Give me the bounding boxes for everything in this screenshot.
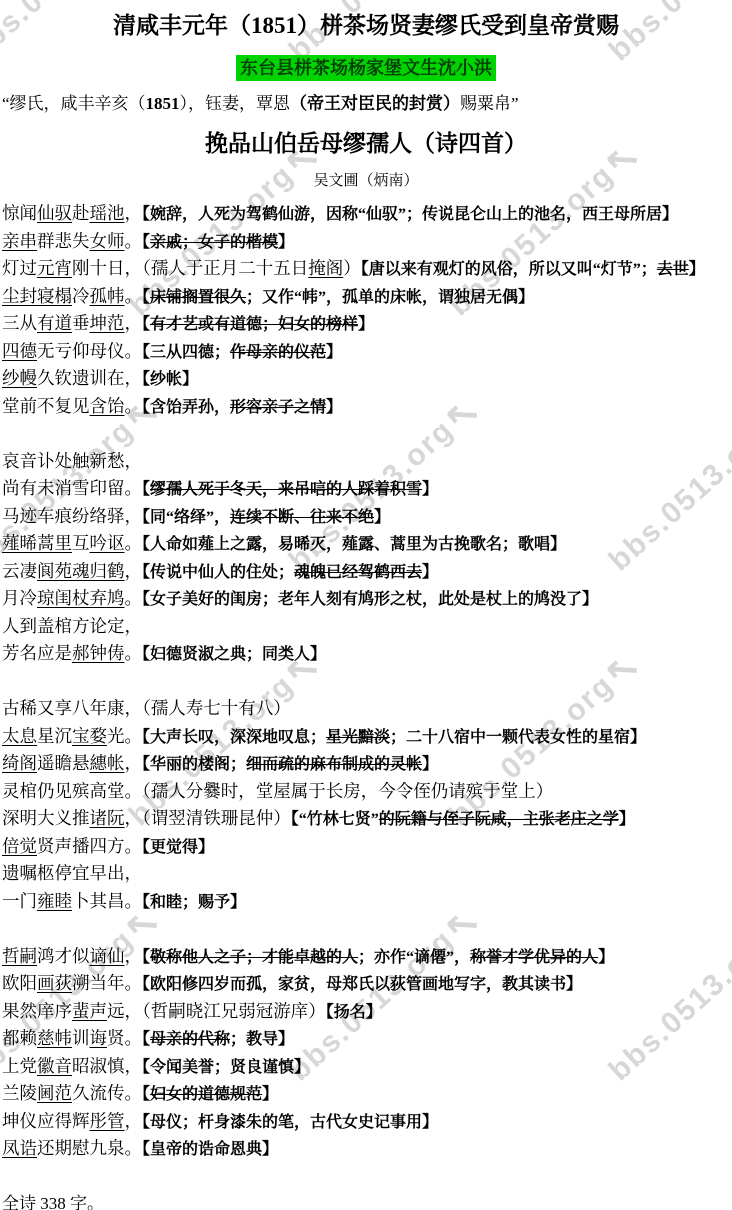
text-segment: 绮阁	[2, 753, 37, 773]
text-segment: 三从	[2, 313, 37, 333]
poem-line: 三从有道垂坤范，【有才艺或有道德；妇女的榜样】	[2, 310, 732, 338]
text-segment: 雍睦	[37, 891, 72, 911]
text-segment: 去世	[657, 261, 689, 278]
text-segment: 。	[125, 286, 143, 306]
poem-line: 绮阁遥瞻悬繐帐，【华丽的楼阁；细而疏的麻布制成的灵帐】	[2, 750, 732, 778]
text-segment: 上党	[2, 1056, 37, 1076]
text-segment: 阆苑魂归鹤	[37, 561, 125, 581]
poem-line: 亲串群悲失女师。【亲戚；女子的楷模】	[2, 228, 732, 256]
text-segment: 群悲失	[37, 231, 90, 251]
text-segment: 【	[142, 949, 150, 966]
poem-line: 坤仪应得辉彤管，【母仪；杆身漆朱的笔，古代女史记事用】	[2, 1108, 732, 1136]
text-segment: 【	[142, 316, 150, 333]
text-segment: 含饴	[90, 396, 125, 416]
text-segment: 一门	[2, 891, 37, 911]
text-segment: 仙驭	[37, 203, 72, 223]
text-segment: 冷	[72, 286, 90, 306]
text-segment: 果然庠序	[2, 1001, 72, 1021]
poem-title: 挽品山伯岳母缪孺人（诗四首）	[0, 129, 732, 159]
text-segment: 【人命如薤上之露，易晞灭，薤露、蒿里为古挽歌名；歌唱】	[142, 536, 566, 553]
author-line: 吴文圃（炳南）	[0, 172, 732, 190]
text-segment: 【令闻美誉；贤良谨慎】	[142, 1059, 310, 1076]
poem-line: 一门雍睦卜其昌。【和睦；赐予】	[2, 888, 732, 916]
text-segment: 久流传。	[72, 1083, 142, 1103]
text-segment: 四德	[2, 341, 37, 361]
text-segment: 尚有未消雪印留。	[2, 478, 142, 498]
text-segment: 垂	[72, 313, 90, 333]
text-segment: 阃范	[37, 1083, 72, 1103]
poem-line: 灯过元宵刚十日，（孺人于正月二十五日掩阁）【唐以来有观灯的风俗，所以又叫“灯节”…	[2, 255, 732, 283]
text-segment: ，	[125, 203, 143, 223]
text-segment: 蜚声	[72, 1001, 107, 1021]
quote-line: “缪氏，咸丰辛亥（1851），钰妻，覃恩（帝王对臣民的封赏）赐粟帛”	[2, 93, 732, 115]
text-segment: 【母仪；杆身漆朱的笔，古代女史记事用】	[142, 1114, 438, 1131]
text-segment: ）	[343, 258, 361, 278]
text-segment: 孤帏	[90, 286, 125, 306]
text-segment: 光。	[107, 726, 142, 746]
text-segment: ），钰妻，覃恩	[180, 94, 291, 113]
text-segment: 】	[689, 261, 705, 278]
byline-row: 东台县栟茶场杨家堡文生沈小洪	[0, 55, 732, 81]
byline-highlight: 东台县栟茶场杨家堡文生沈小洪	[236, 55, 496, 81]
text-segment: 】	[422, 481, 438, 498]
text-segment: 【女子美好的闺房；老年人刻有鸠形之杖，此处是杖上的鸠没了】	[142, 591, 598, 608]
poem-line: 月冷琼闺杖弃鸠。【女子美好的闺房；老年人刻有鸠形之杖，此处是杖上的鸠没了】	[2, 585, 732, 613]
text-segment: （帝王对臣民的封赏）	[290, 94, 460, 113]
text-segment: 兰陵	[2, 1083, 37, 1103]
text-segment: 亲串	[2, 231, 37, 251]
text-segment: 慈帏	[37, 1028, 72, 1048]
text-segment: 妇女的道德规范	[150, 1086, 262, 1103]
text-segment: 【大声长叹，深深地叹息；	[142, 729, 326, 746]
poem-line: 灵棺仍见殡高堂。（孺人分爨时，堂屋属于长房，今令侄仍请殡于堂上）	[2, 778, 732, 806]
text-segment: 人到盖棺方论定，	[2, 616, 142, 636]
text-segment: 【和睦；赐予】	[142, 894, 246, 911]
text-segment: 】	[374, 509, 390, 526]
text-segment: 鸿才似	[37, 946, 90, 966]
text-segment: 谪仙	[90, 946, 125, 966]
text-segment: 哀音讣处触新愁，	[2, 451, 142, 471]
text-segment: 卜其昌。	[72, 891, 142, 911]
text-segment: ，	[125, 946, 143, 966]
text-segment: ，（谓翌清铁珊昆仲）	[125, 808, 291, 828]
text-segment: 诸阮	[90, 808, 125, 828]
text-segment: 【同“络绎”，	[142, 509, 230, 526]
text-segment: 母亲的代称	[150, 1031, 230, 1048]
text-segment: 太息	[2, 726, 37, 746]
text-segment: 古稀又享八年康，（孺人寿七十有八）	[2, 698, 291, 718]
text-segment: 女师	[90, 231, 125, 251]
poem-line: 古稀又享八年康，（孺人寿七十有八）	[2, 695, 732, 723]
text-segment: 【唐以来有观灯的风俗，所以又叫“灯节”；	[361, 261, 657, 278]
poem-line: 云凄阆苑魂归鹤，【传说中仙人的住处；魂魄已经驾鹤西去】	[2, 558, 732, 586]
poem-line: 尚有未消雪印留。【缪孺人死于冬天，来吊唁的人踩着积雪】	[2, 475, 732, 503]
text-segment: 赴	[72, 203, 90, 223]
text-segment: 细而疏的麻布制成的灵帐	[246, 756, 422, 773]
text-segment: 惊闻	[2, 203, 37, 223]
text-segment: 元宵	[37, 258, 72, 278]
text-segment: 【	[142, 234, 150, 251]
text-segment: 坤范	[90, 313, 125, 333]
text-segment: 形容亲子之情	[230, 399, 326, 416]
text-segment: ，	[125, 753, 143, 773]
text-segment: 【	[142, 481, 150, 498]
text-segment: 郝钟俦	[72, 643, 125, 663]
text-segment: ；又作“帏”，孤单的床帐，谓独居无偶】	[246, 289, 534, 306]
text-segment: 坤仪应得辉	[2, 1111, 90, 1131]
text-segment: 亲戚；女子的楷模	[150, 234, 278, 251]
text-segment: 有道	[37, 313, 72, 333]
footer-note: 全诗 338 字。	[2, 1190, 732, 1210]
text-segment: 遗嘱柩停宜早出，	[2, 863, 142, 883]
text-segment: 久钦遗训在，	[37, 368, 142, 388]
text-segment: 遥瞻悬	[37, 753, 90, 773]
text-segment: 的阮籍与侄子阮咸，主张老庄之学	[379, 811, 619, 828]
text-segment: 【婉辞，人死为驾鹤仙游，因称“仙驭”；传说昆仑山上的池名，西王母所居】	[142, 206, 678, 223]
text-segment: 赐粟帛”	[460, 94, 519, 113]
text-segment: 。	[125, 396, 143, 416]
text-segment: 【扬名】	[326, 1004, 382, 1021]
poem-line: 上党徽音昭淑慎，【令闻美誉；贤良谨慎】	[2, 1053, 732, 1081]
text-segment: 作母亲的仪范	[230, 344, 326, 361]
poem-line: 马迹车痕纷络驿，【同“络绎”，连续不断、往来不绝】	[2, 503, 732, 531]
text-segment: 欧阳	[2, 973, 37, 993]
text-segment: 【“竹林七贤”	[291, 811, 379, 828]
text-segment: 灵棺仍见殡高堂。（孺人分爨时，堂屋属于长房，今令侄仍请殡于堂上）	[2, 781, 553, 801]
text-segment: ，	[125, 313, 143, 333]
text-segment: 哲嗣	[2, 946, 37, 966]
document-page: bbs.0513.org↖bbs.0513.org↖bbs.0513.org↖b…	[0, 0, 732, 1210]
text-segment: 】	[326, 399, 342, 416]
text-segment: 【华丽的楼阁；	[142, 756, 246, 773]
text-segment: 训	[72, 1028, 90, 1048]
text-segment: 【含饴弄孙，	[142, 399, 230, 416]
poem-line: 欧阳画荻溯当年。【欧阳修四岁而孤，家贫，母郑氏以荻管画地写字，教其读书】	[2, 970, 732, 998]
poem-line: 芳名应是郝钟俦。【妇德贤淑之典；同类人】	[2, 640, 732, 668]
blank-line	[2, 668, 732, 696]
text-segment: 吟讴	[90, 533, 125, 553]
page-title: 清咸丰元年（1851）栟茶场贤妻缪氏受到皇帝赏赐	[8, 12, 724, 40]
blank-line	[2, 1163, 732, 1191]
blank-line	[2, 915, 732, 943]
document-content: 清咸丰元年（1851）栟茶场贤妻缪氏受到皇帝赏赐 东台县栟茶场杨家堡文生沈小洪 …	[0, 12, 732, 1210]
text-segment: 都赖	[2, 1028, 37, 1048]
text-segment: 】	[358, 316, 374, 333]
text-segment: 宝婺	[72, 726, 107, 746]
poem-line: 惊闻仙驭赴瑶池，【婉辞，人死为驾鹤仙游，因称“仙驭”；传说昆仑山上的池名，西王母…	[2, 200, 732, 228]
text-segment: ；二十八宿中一颗代表女性的星宿】	[390, 729, 646, 746]
poem-line: 都赖慈帏训诲贤。【母亲的代称；教导】	[2, 1025, 732, 1053]
text-segment: 远，（哲嗣晓江兄弱冠游庠）	[107, 1001, 326, 1021]
text-segment: “缪氏，咸丰辛亥（	[2, 94, 146, 113]
poem-line: 薤晞蒿里互吟讴。【人命如薤上之露，易晞灭，薤露、蒿里为古挽歌名；歌唱】	[2, 530, 732, 558]
text-segment: 彤管	[90, 1111, 125, 1131]
text-segment: 芳名应是	[2, 643, 72, 663]
text-segment: ；教导】	[230, 1031, 294, 1048]
poem-line: 纱幔久钦遗训在，【纱帐】	[2, 365, 732, 393]
text-segment: 【欧阳修四岁而孤，家贫，母郑氏以荻管画地写字，教其读书】	[142, 976, 582, 993]
text-segment: 倍觉	[2, 836, 37, 856]
text-segment: 画荻	[37, 973, 72, 993]
text-segment: 星沉	[37, 726, 72, 746]
text-segment: 瑶池	[90, 203, 125, 223]
text-segment: 床铺搁置很久	[150, 289, 246, 306]
text-segment: 】	[598, 949, 614, 966]
text-segment: 。	[125, 231, 143, 251]
poem-line: 哲嗣鸿才似谪仙，【敬称他人之子；才能卓越的人；亦作“谪僊”，称誉才学优异的人】	[2, 943, 732, 971]
text-segment: 1851	[146, 94, 180, 113]
text-segment: 掩阁	[308, 258, 343, 278]
text-segment: 互	[72, 533, 90, 553]
text-segment: 。	[125, 588, 143, 608]
text-segment: 繐帐	[90, 753, 125, 773]
text-segment: 还期慰九泉。	[37, 1138, 142, 1158]
poem-line: 果然庠序蜚声远，（哲嗣晓江兄弱冠游庠）【扬名】	[2, 998, 732, 1026]
poem-line: 哀音讣处触新愁，	[2, 448, 732, 476]
text-segment: 魂魄已经驾鹤西去	[294, 564, 422, 581]
text-segment: 【	[142, 1031, 150, 1048]
text-segment: ，	[125, 1111, 143, 1131]
text-segment: 昭淑慎，	[72, 1056, 142, 1076]
text-segment: 】	[619, 811, 635, 828]
text-segment: 【皇帝的诰命恩典】	[142, 1141, 278, 1158]
text-segment: 贤声播四方。	[37, 836, 142, 856]
text-segment: 有才艺或有道德；妇女的榜样	[150, 316, 358, 333]
text-segment: 月冷	[2, 588, 37, 608]
text-segment: ；亦作“谪僊”，	[358, 949, 470, 966]
text-segment: 堂前不复见	[2, 396, 90, 416]
poem-line: 兰陵阃范久流传。【妇女的道德规范】	[2, 1080, 732, 1108]
text-segment: 无亏仰母仪。	[37, 341, 142, 361]
text-segment: ，	[125, 561, 143, 581]
text-segment: 】	[422, 756, 438, 773]
poem-body: 惊闻仙驭赴瑶池，【婉辞，人死为驾鹤仙游，因称“仙驭”；传说昆仑山上的池名，西王母…	[2, 200, 732, 1190]
text-segment: 【三从四德；	[142, 344, 230, 361]
poem-line: 凤诰还期慰九泉。【皇帝的诰命恩典】	[2, 1135, 732, 1163]
blank-line	[2, 420, 732, 448]
text-segment: 【纱帐】	[142, 371, 198, 388]
text-segment: 溯当年。	[72, 973, 142, 993]
text-segment: 贤。	[107, 1028, 142, 1048]
poem-line: 太息星沉宝婺光。【大声长叹，深深地叹息；星光黯淡；二十八宿中一颗代表女性的星宿】	[2, 723, 732, 751]
text-segment: 】	[278, 234, 294, 251]
text-segment: 。	[125, 533, 143, 553]
poem-line: 四德无亏仰母仪。【三从四德；作母亲的仪范】	[2, 338, 732, 366]
text-segment: 薤晞蒿里	[2, 533, 72, 553]
poem-line: 堂前不复见含饴。【含饴弄孙，形容亲子之情】	[2, 393, 732, 421]
text-segment: 。	[125, 643, 143, 663]
text-segment: 凤诰	[2, 1138, 37, 1158]
text-segment: 马迹车痕纷络驿，	[2, 506, 142, 526]
text-segment: 深明大义推	[2, 808, 90, 828]
text-segment: 】	[262, 1086, 278, 1103]
text-segment: 】	[422, 564, 438, 581]
text-segment: 琼闺杖弃鸠	[37, 588, 125, 608]
text-segment: 灯过	[2, 258, 37, 278]
text-segment: 徽音	[37, 1056, 72, 1076]
text-segment: 【更觉得】	[142, 839, 214, 856]
text-segment: 【	[142, 289, 150, 306]
text-segment: 敬称他人之子；才能卓越的人	[150, 949, 358, 966]
text-segment: 】	[326, 344, 342, 361]
text-segment: 云凄	[2, 561, 37, 581]
poem-line: 倍觉贤声播四方。【更觉得】	[2, 833, 732, 861]
text-segment: 【	[142, 1086, 150, 1103]
text-segment: 纱幔	[2, 368, 37, 388]
poem-line: 人到盖棺方论定，	[2, 613, 732, 641]
poem-line: 深明大义推诸阮，（谓翌清铁珊昆仲）【“竹林七贤”的阮籍与侄子阮咸，主张老庄之学】	[2, 805, 732, 833]
text-segment: 尘封寝榻	[2, 286, 72, 306]
poem-line: 尘封寝榻冷孤帏。【床铺搁置很久；又作“帏”，孤单的床帐，谓独居无偶】	[2, 283, 732, 311]
text-segment: 称誉才学优异的人	[470, 949, 598, 966]
text-segment: 星光黯淡	[326, 729, 390, 746]
text-segment: 【妇德贤淑之典；同类人】	[142, 646, 326, 663]
text-segment: 诲	[90, 1028, 108, 1048]
text-segment: 【传说中仙人的住处；	[142, 564, 294, 581]
poem-line: 遗嘱柩停宜早出，	[2, 860, 732, 888]
text-segment: 连续不断、往来不绝	[230, 509, 374, 526]
text-segment: 刚十日，（孺人于正月二十五日	[72, 258, 308, 278]
text-segment: 缪孺人死于冬天，来吊唁的人踩着积雪	[150, 481, 422, 498]
